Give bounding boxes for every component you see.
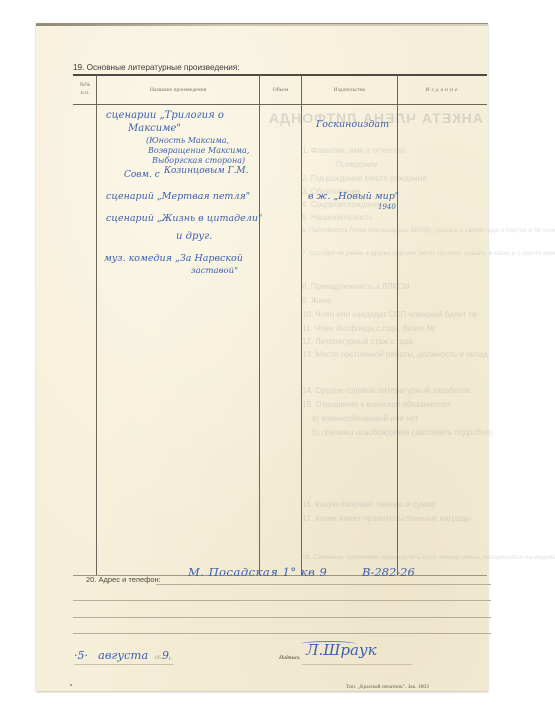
header-volume: Объем [260,87,301,93]
printer-footer: Тип. „Красный печатник". Зак. 1803 [346,684,429,690]
bleed-through-line: 2. Год рождения Место рождения [302,174,427,183]
header-title: Название произведения [97,87,259,93]
bleed-through-line: 17. Какие имеет правительственные наград… [302,514,471,523]
date-underline [74,664,174,665]
date-day: ·5· [74,650,88,661]
bleed-through-line: 13. Место постоянной работы, должность и… [302,350,488,359]
signature-underline [302,664,412,665]
questionnaire-sheet: АНКЕТА ЧЛЕНА ЛИТФОНДА 1. Фамилия, имя и … [36,23,488,691]
entry-4-publisher: в ж. „Новый мир" [308,192,399,202]
entry-2-title-line1: (Юность Максима, [146,137,229,145]
header-number-sub: п.п. [74,90,96,96]
date-day-dot-right: · [85,649,89,662]
address-line-3 [73,617,491,618]
bleed-through-line: Псевдоним [336,160,378,169]
bleed-through-line: 8. Принадлежность к ВЛКСМ [302,282,410,291]
entry-3-title-line1: Совм. с [124,171,160,180]
signature-label: Подпись [279,655,300,661]
bleed-through-line: 10. Член или кандидат ССП членский билет… [302,310,477,319]
bleed-through-line: б) причины освобождения (заполнить подро… [312,428,493,437]
section-20-label: 20. Адрес и телефон: [86,575,161,584]
signature-flourish [301,641,356,647]
table-header-bottom-rule [73,104,487,105]
section-19-title: 19. Основные литературные произведения: [73,63,240,72]
date-month: августа [98,650,148,662]
bleed-through-line: 6. Партийность (член или кандидат ВКП(б)… [302,227,555,234]
entry-3-title-line2: Козинцовым Г.М. [164,167,249,176]
bleed-through-line: 16. Какую получает пенсию и сумму [302,500,436,509]
header-number-label: №№ [74,82,96,88]
table-top-rule [73,74,487,76]
entry-7-title-line1: муз. комедия „За Нарвской [104,254,243,264]
bleed-through-line: 11. Член Литфонда с года, билет № [302,324,435,333]
bleed-through-line: 5. Национальность [302,213,373,222]
entry-4-publisher-year: 1940 [378,204,396,211]
header-number: №№ п.п. [74,82,96,96]
date-year-hand: 9 [162,650,169,661]
entry-1-publisher: Госкиноиздат [316,120,389,130]
bleed-through-line: 14. Средне-годовой литературный заработо… [302,386,470,395]
phone-value: В-282-26 [362,567,415,579]
bleed-through-line: а) военнообязанный или нет [312,414,418,423]
column-divider-number [96,75,97,575]
address-underline [156,584,491,585]
date-day-value: 5 [78,649,85,662]
stray-dot [70,684,72,686]
entry-6-title-line1: и друг. [176,232,212,242]
header-edition: Издание [398,87,487,93]
entry-7-title-line2: заставой" [191,267,238,276]
address-value: М. Посадская 1° кв 9 [188,567,327,579]
entry-2-title-line3: Выборгская сторона) [152,157,245,165]
bleed-through-line: 9. Жанр [302,296,332,305]
entry-1-title-line1: сценарии „Трилогия о [106,111,224,121]
bleed-through-line: 15. Отношение к воинской обязанности: [302,400,451,409]
column-divider-volume [301,75,302,575]
address-line-4 [73,633,491,634]
bleed-through-line: 7. Состоял ли ранее в других партиях (ес… [302,250,555,257]
column-divider-publisher [397,75,398,575]
date-year-printed: 195 [154,656,162,661]
entry-2-title-line2: Возвращение Максима, [148,147,249,155]
address-line-2 [73,600,491,601]
entry-1-title-line2: Максиме" [128,124,181,134]
entry-4-title-line1: сценарий „Мертвая петля" [106,192,250,202]
bleed-through-line: 18. Семейное положение (перечислить всех… [302,554,555,561]
header-publisher: Издательство [302,87,397,93]
date-suffix: г. [169,656,172,662]
column-divider-title [259,75,260,575]
entry-5-title-line1: сценарий „Жизнь в цитадели" [106,214,262,224]
bleed-through-line: 1. Фамилия, имя и отчество [302,146,405,155]
